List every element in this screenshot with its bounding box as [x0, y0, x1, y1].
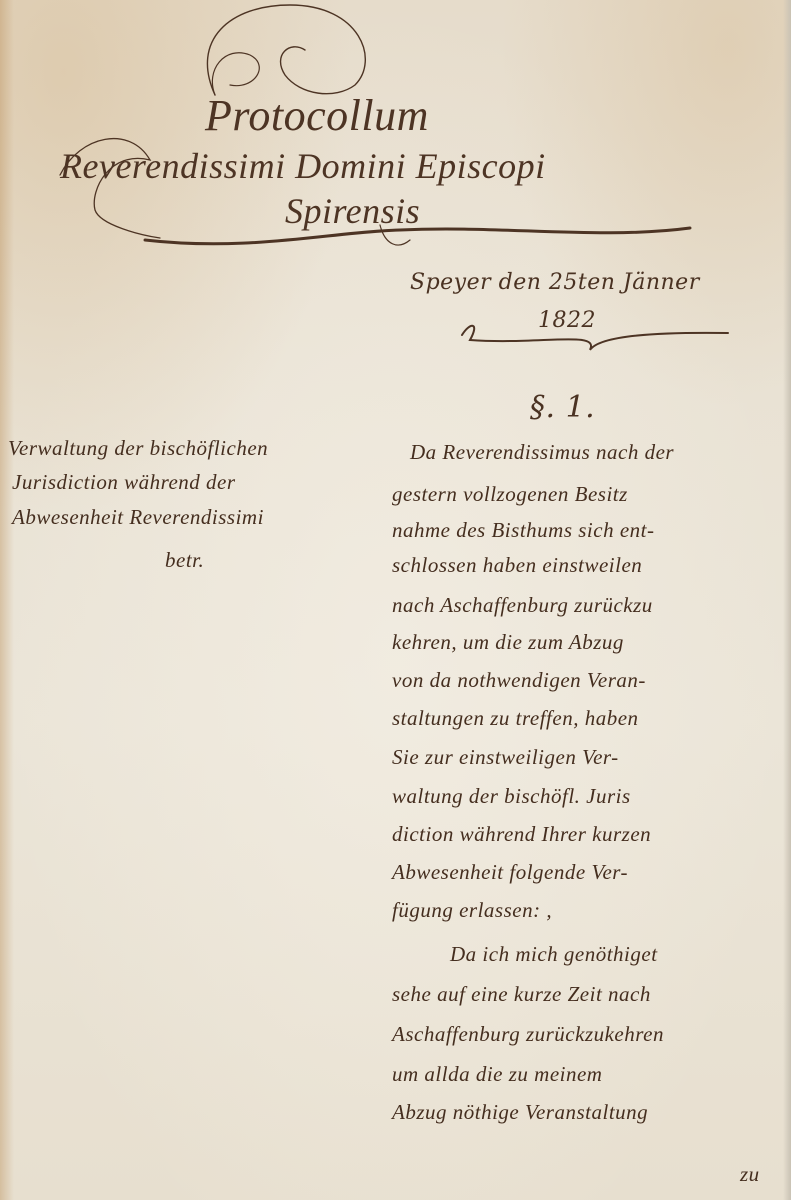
body-line: nahme des Bisthums sich ent- [392, 518, 654, 543]
catchword: zu [740, 1162, 760, 1187]
body-line: waltung der bischöfl. Juris [392, 784, 631, 809]
body-line: Abwesenheit folgende Ver- [392, 860, 628, 885]
body-line: Sie zur einstweiligen Ver- [392, 745, 619, 770]
margin-line: Jurisdiction während der [12, 470, 236, 495]
body-line: fügung erlassen: , [392, 898, 552, 923]
body-line: Abzug nöthige Veranstaltung [392, 1100, 648, 1125]
body-line: nach Aschaffenburg zurückzu [392, 593, 653, 618]
body-line: gestern vollzogenen Besitz [392, 482, 628, 507]
margin-line: Verwaltung der bischöflichen [8, 436, 268, 461]
body-line: Da Reverendissimus nach der [410, 440, 674, 465]
document-subtitle-place: Spirensis [285, 190, 420, 232]
body-line: staltungen zu treffen, haben [392, 706, 639, 731]
dateline-place-date: Speyer den 25ten Jänner [410, 270, 700, 295]
manuscript-page: Protocollum Reverendissimi Domini Episco… [0, 0, 791, 1200]
body-line: Aschaffenburg zurückzukehren [392, 1022, 664, 1047]
document-title: Protocollum [205, 90, 429, 141]
body-line: diction während Ihrer kurzen [392, 822, 651, 847]
body-line: sehe auf eine kurze Zeit nach [392, 982, 651, 1007]
body-line: Da ich mich genöthiget [450, 942, 658, 967]
section-mark: §. 1. [530, 390, 595, 425]
body-line: von da nothwendigen Veran- [392, 668, 646, 693]
dateline-year: 1822 [538, 308, 596, 333]
document-subtitle: Reverendissimi Domini Episcopi [60, 145, 546, 187]
body-line: um allda die zu meinem [392, 1062, 602, 1087]
margin-line: Abwesenheit Reverendissimi [12, 505, 264, 530]
margin-line: betr. [165, 548, 204, 573]
body-line: schlossen haben einstweilen [392, 553, 642, 578]
body-line: kehren, um die zum Abzug [392, 630, 624, 655]
